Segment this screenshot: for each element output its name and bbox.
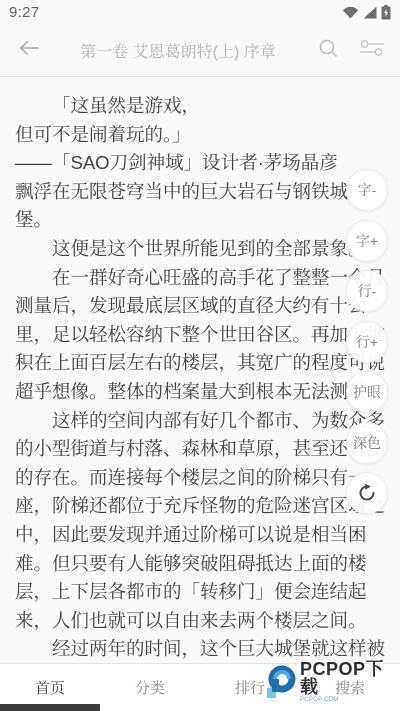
pcpop-watermark: PCPOP下载 PCPOP.COM <box>265 660 400 703</box>
status-time: 9:27 <box>9 4 39 21</box>
status-icons <box>342 5 391 20</box>
line-spacing-increase-button[interactable]: 行+ <box>346 321 388 363</box>
wifi-icon <box>342 6 359 19</box>
fab-label: 行+ <box>356 332 378 352</box>
header-actions <box>314 36 386 64</box>
text-line: ——「SAO刀剑神域」设计者·茅场晶彦 <box>15 149 385 178</box>
reader-text[interactable]: 「这虽然是游戏，但可不是闹着玩的。」——「SAO刀剑神域」设计者·茅场晶彦飘浮在… <box>0 78 400 663</box>
back-arrow-icon <box>19 41 39 60</box>
nav-label: 首页 <box>35 677 65 698</box>
fab-label: 行- <box>358 281 377 301</box>
nav-label: 分类 <box>135 677 165 698</box>
text-line: 测量后，发现最底层区域的直径大约有十公 <box>15 292 385 321</box>
reader-app-screen: 9:27 第一卷 艾恩葛 <box>0 0 400 711</box>
text-line: 这便是这个世界所能见到的全部景象。 <box>15 235 385 264</box>
reader-header: 第一卷 艾恩葛朗特(上) 序章 <box>0 24 400 77</box>
text-line: 这样的空间内部有好几个都市、为数众多 <box>15 407 385 436</box>
text-line: 的小型街道与村落、森林和草原，甚至还有湖 <box>15 435 385 464</box>
search-icon <box>318 38 338 63</box>
text-line: 超乎想像。整体的档案量大到根本无法测量， <box>15 378 385 407</box>
refresh-icon <box>357 483 377 503</box>
text-line: 里，足以轻松容纳下整个世田谷区。再加上堆 <box>15 321 385 350</box>
text-line: 来，人们也就可以自由来去两个楼层之间。 <box>15 607 385 636</box>
cellular-signal-icon <box>363 6 377 19</box>
text-line: 堡。 <box>15 206 385 235</box>
line-spacing-decrease-button[interactable]: 行- <box>346 270 388 312</box>
text-line: 但可不是闹着玩的。」 <box>15 121 385 150</box>
refresh-button[interactable] <box>346 472 388 514</box>
text-line: 积在上面百层左右的楼层，其宽广的程度可说 <box>15 349 385 378</box>
font-increase-button[interactable]: 字+ <box>346 220 388 262</box>
text-line: 的存在。而连接每个楼层之间的阶梯只有一 <box>15 464 385 493</box>
fab-label: 字- <box>358 180 377 200</box>
text-line: 中，因此要发现并通过阶梯可以说是相当困 <box>15 521 385 550</box>
active-tab-indicator <box>0 704 100 711</box>
battery-charging-icon <box>381 5 391 20</box>
watermark-title: PCPOP下载 <box>300 660 400 696</box>
nav-item-category[interactable]: 分类 <box>100 664 200 711</box>
display-settings-button[interactable] <box>358 36 386 64</box>
status-bar: 9:27 <box>0 0 400 24</box>
fab-label: 深色 <box>353 433 381 453</box>
text-line: 「这虽然是游戏， <box>15 92 385 121</box>
fab-label: 字+ <box>356 231 378 251</box>
font-decrease-button[interactable]: 字- <box>346 169 388 211</box>
watermark-subtitle: PCPOP.COM <box>300 697 400 703</box>
text-line: 层，上下层各都市的「转移门」便会连结起 <box>15 578 385 607</box>
fab-label: 护眼 <box>353 382 381 402</box>
nav-label: 排行 <box>235 677 265 698</box>
text-line: 在一群好奇心旺盛的高手花了整整一个月 <box>15 264 385 293</box>
pcpop-logo-icon <box>265 665 297 699</box>
eye-protection-button[interactable]: 护眼 <box>346 371 388 413</box>
search-button[interactable] <box>314 36 342 64</box>
text-line: 座，阶梯还都位于充斥怪物的危险迷宫区域之 <box>15 492 385 521</box>
chapter-title: 第一卷 艾恩葛朗特(上) 序章 <box>44 39 306 62</box>
text-line: 飘浮在无限苍穹当中的巨大岩石与钢铁城 <box>15 178 385 207</box>
back-button[interactable] <box>14 35 44 65</box>
text-line: 难。但只要有人能够突破阻碍抵达上面的楼 <box>15 550 385 579</box>
dark-mode-button[interactable]: 深色 <box>346 422 388 464</box>
tune-icon <box>359 39 385 62</box>
